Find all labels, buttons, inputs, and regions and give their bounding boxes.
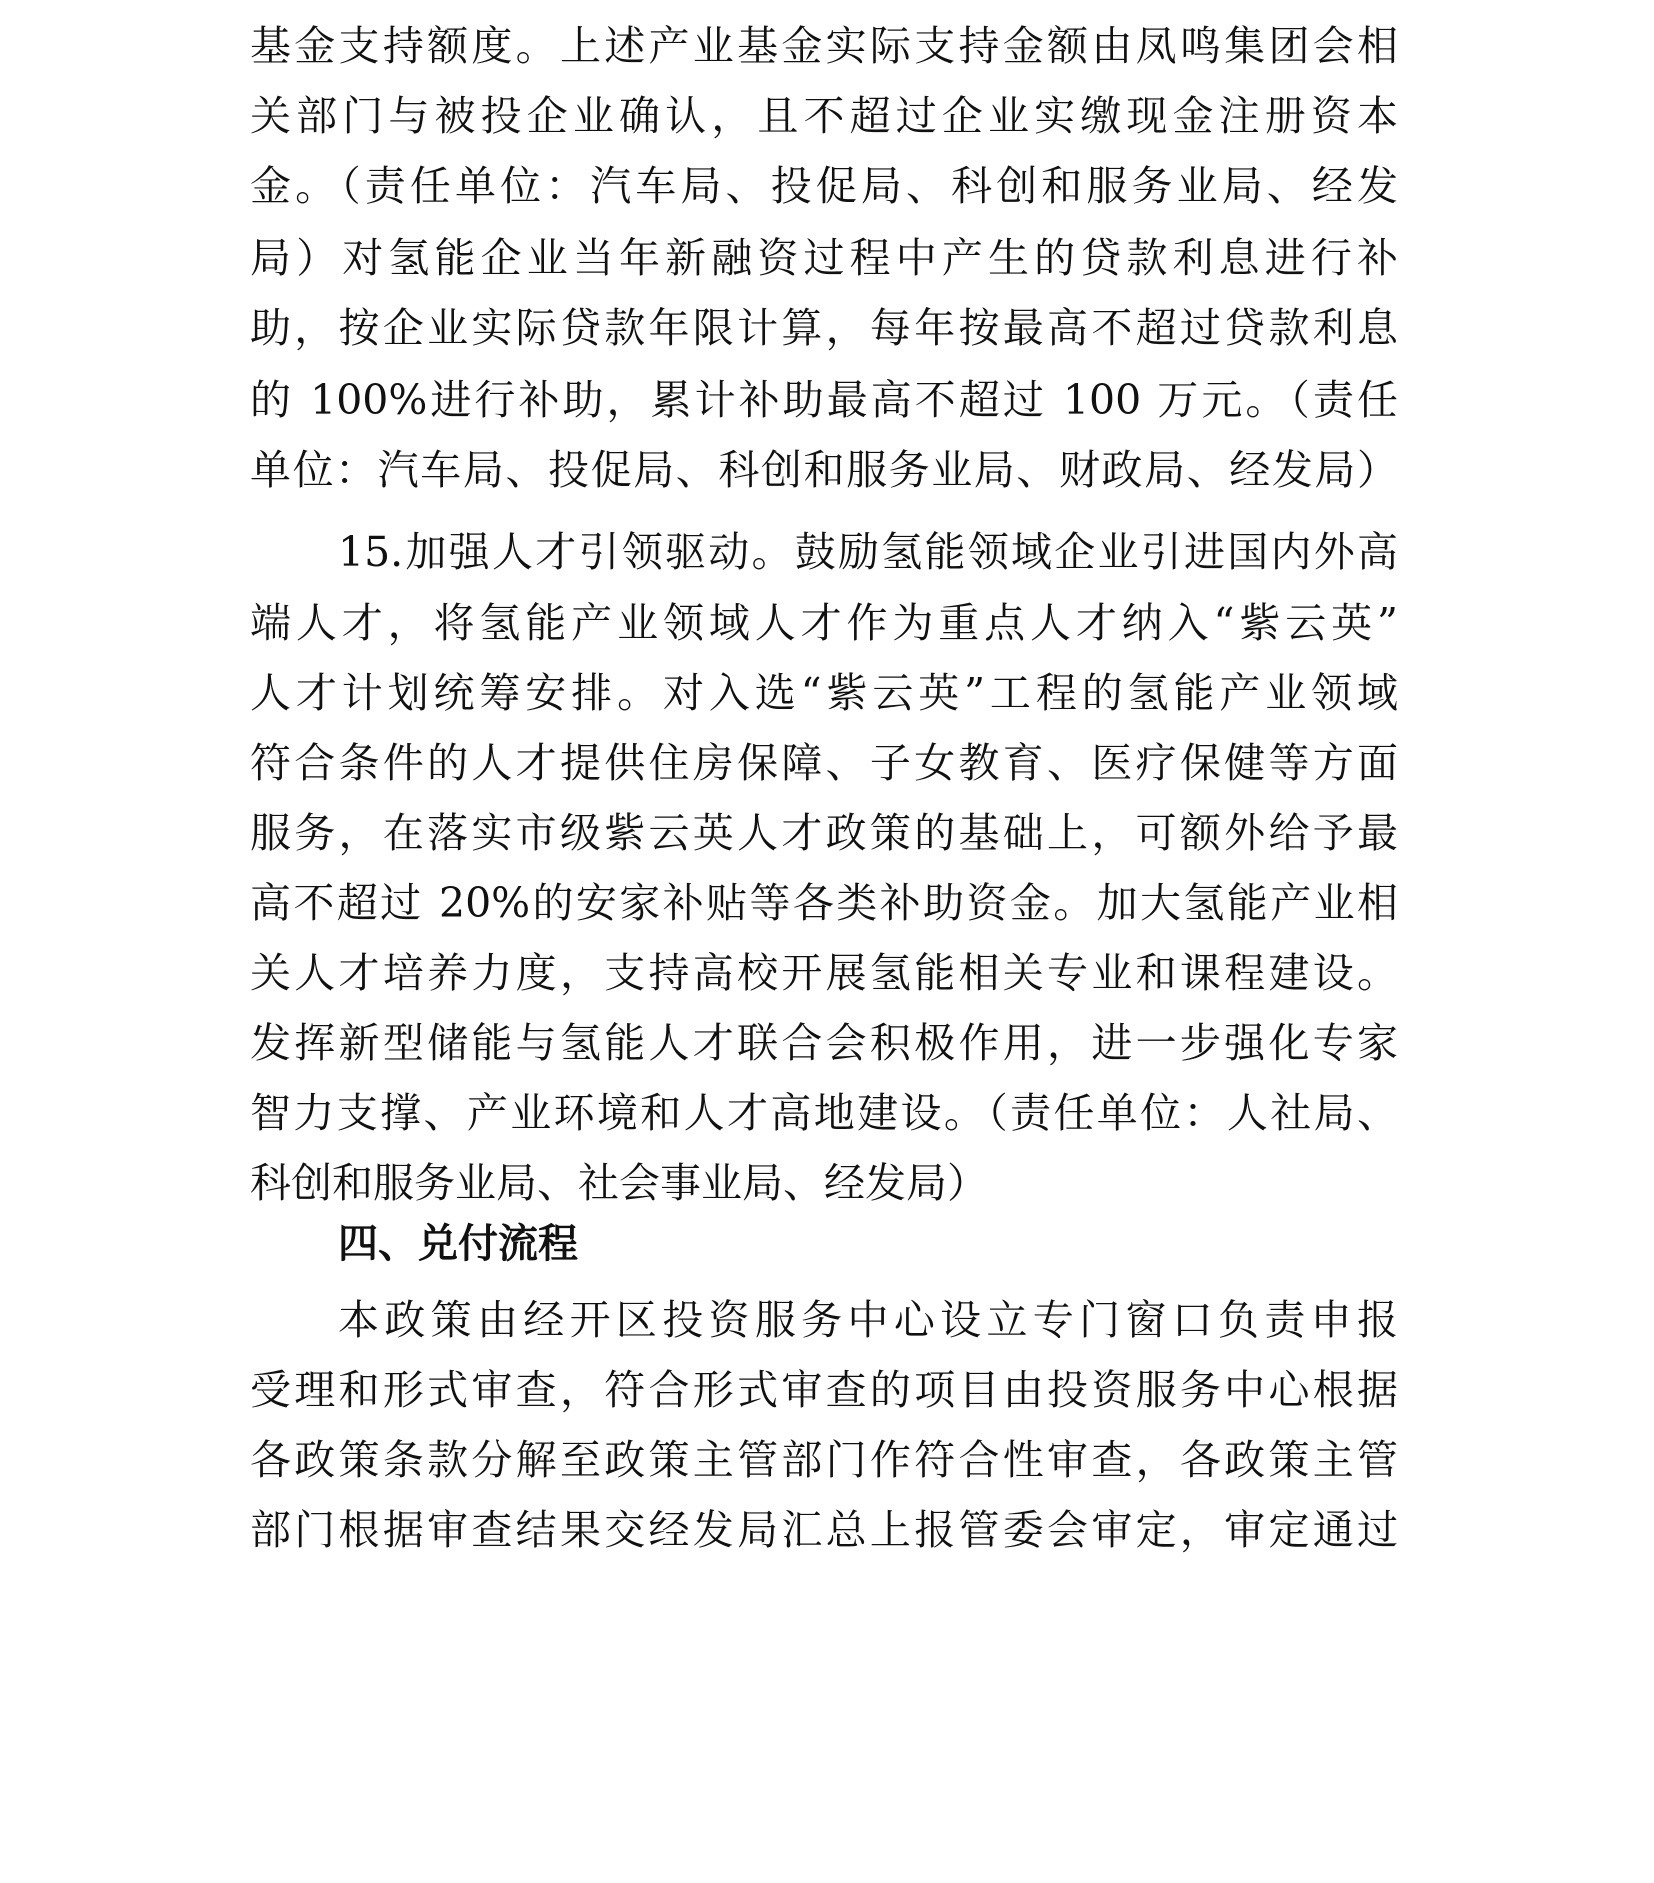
paragraph-line: 关人才培养力度，支持高校开展氢能相关专业和课程建设。 — [250, 943, 1398, 1003]
paragraph-line: 各政策条款分解至政策主管部门作符合性审查，各政策主管 — [250, 1430, 1398, 1490]
paragraph-line: 助，按企业实际贷款年限计算，每年按最高不超过贷款利息 — [250, 298, 1398, 358]
paragraph-line: 端人才，将氢能产业领域人才作为重点人才纳入“紫云英” — [250, 593, 1398, 653]
paragraph-line: 部门根据审查结果交经发局汇总上报管委会审定，审定通过 — [250, 1500, 1398, 1560]
paragraph-line: 人才计划统筹安排。对入选“紫云英”工程的氢能产业领域 — [250, 663, 1398, 723]
paragraph-line: 基金支持额度。上述产业基金实际支持金额由凤鸣集团会相 — [250, 16, 1398, 76]
section-heading: 四、兑付流程 — [338, 1214, 578, 1274]
paragraph-line: 本政策由经开区投资服务中心设立专门窗口负责申报 — [338, 1290, 1398, 1350]
paragraph-line: 符合条件的人才提供住房保障、子女教育、医疗保健等方面 — [250, 733, 1398, 793]
paragraph-line: 金。（责任单位：汽车局、投促局、科创和服务业局、经发 — [250, 156, 1398, 216]
paragraph-line: 科创和服务业局、社会事业局、经发局） — [250, 1153, 1398, 1213]
paragraph-line: 受理和形式审查，符合形式审查的项目由投资服务中心根据 — [250, 1360, 1398, 1420]
paragraph-line: 局）对氢能企业当年新融资过程中产生的贷款利息进行补 — [250, 228, 1398, 288]
paragraph-line: 单位：汽车局、投促局、科创和服务业局、财政局、经发局） — [250, 440, 1398, 500]
paragraph-line: 15.加强人才引领驱动。鼓励氢能领域企业引进国内外高 — [338, 522, 1398, 582]
paragraph-line: 关部门与被投企业确认，且不超过企业实缴现金注册资本 — [250, 86, 1398, 146]
paragraph-line: 高不超过 20%的安家补贴等各类补助资金。加大氢能产业相 — [250, 873, 1398, 933]
paragraph-line: 服务，在落实市级紫云英人才政策的基础上，可额外给予最 — [250, 803, 1398, 863]
paragraph-line: 智力支撑、产业环境和人才高地建设。（责任单位：人社局、 — [250, 1083, 1398, 1143]
paragraph-line: 的 100%进行补助，累计补助最高不超过 100 万元。（责任 — [250, 370, 1398, 430]
paragraph-line: 发挥新型储能与氢能人才联合会积极作用，进一步强化专家 — [250, 1013, 1398, 1073]
